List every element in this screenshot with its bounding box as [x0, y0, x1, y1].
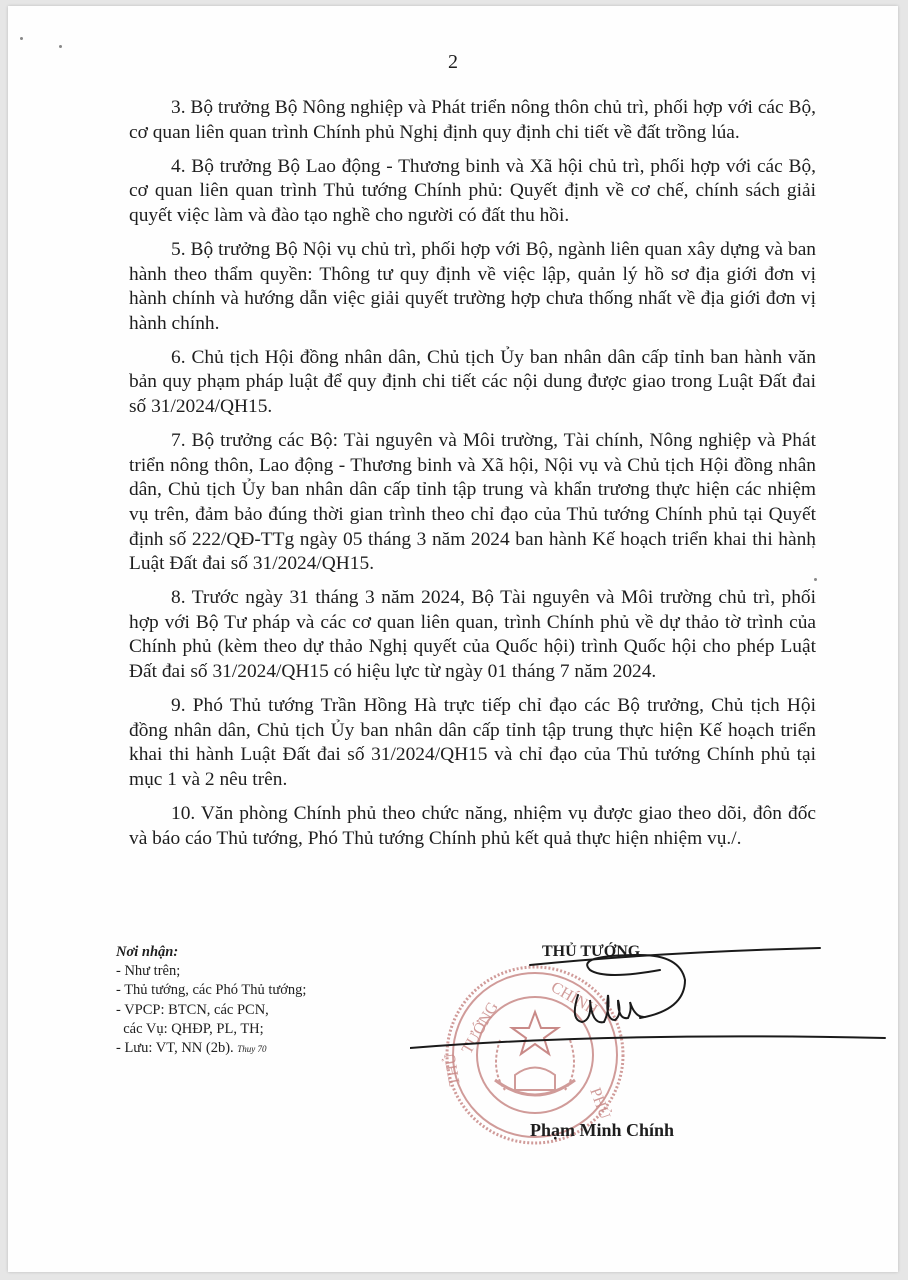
recipients-heading: Nơi nhận:	[116, 943, 306, 962]
paragraph-7: 7. Bộ trưởng các Bộ: Tài nguyên và Môi t…	[129, 429, 816, 577]
document-body: 3. Bộ trưởng Bộ Nông nghiệp và Phát triể…	[129, 96, 816, 861]
handwritten-note: Thuy 70	[237, 1044, 266, 1054]
signer-name: Phạm Minh Chính	[530, 1120, 674, 1141]
recipient-item: - VPCP: BTCN, các PCN,	[116, 1001, 306, 1020]
page-number: 2	[8, 51, 898, 74]
paragraph-10: 10. Văn phòng Chính phủ theo chức năng, …	[129, 802, 816, 851]
paragraph-5: 5. Bộ trưởng Bộ Nội vụ chủ trì, phối hợp…	[129, 238, 816, 336]
paragraph-4: 4. Bộ trưởng Bộ Lao động - Thương binh v…	[129, 155, 816, 229]
paragraph-9: 9. Phó Thủ tướng Trần Hồng Hà trực tiếp …	[129, 694, 816, 792]
recipients-block: Nơi nhận: - Như trên; - Thủ tướng, các P…	[116, 943, 306, 1059]
paragraph-6: 6. Chủ tịch Hội đồng nhân dân, Chủ tịch …	[129, 346, 816, 420]
paragraph-8: 8. Trước ngày 31 tháng 3 năm 2024, Bộ Tà…	[129, 586, 816, 684]
scan-speck	[20, 37, 23, 40]
recipient-item: - Lưu: VT, NN (2b). Thuy 70	[116, 1039, 306, 1059]
recipient-item: - Như trên;	[116, 962, 306, 981]
scan-speck	[59, 45, 62, 48]
recipient-item-text: - Lưu: VT, NN (2b).	[116, 1040, 234, 1056]
recipient-item: các Vụ: QHĐP, PL, TH;	[116, 1020, 306, 1039]
recipient-item: - Thủ tướng, các Phó Thủ tướng;	[116, 981, 306, 1000]
signature-icon	[410, 940, 890, 1060]
paragraph-3: 3. Bộ trưởng Bộ Nông nghiệp và Phát triể…	[129, 96, 816, 145]
